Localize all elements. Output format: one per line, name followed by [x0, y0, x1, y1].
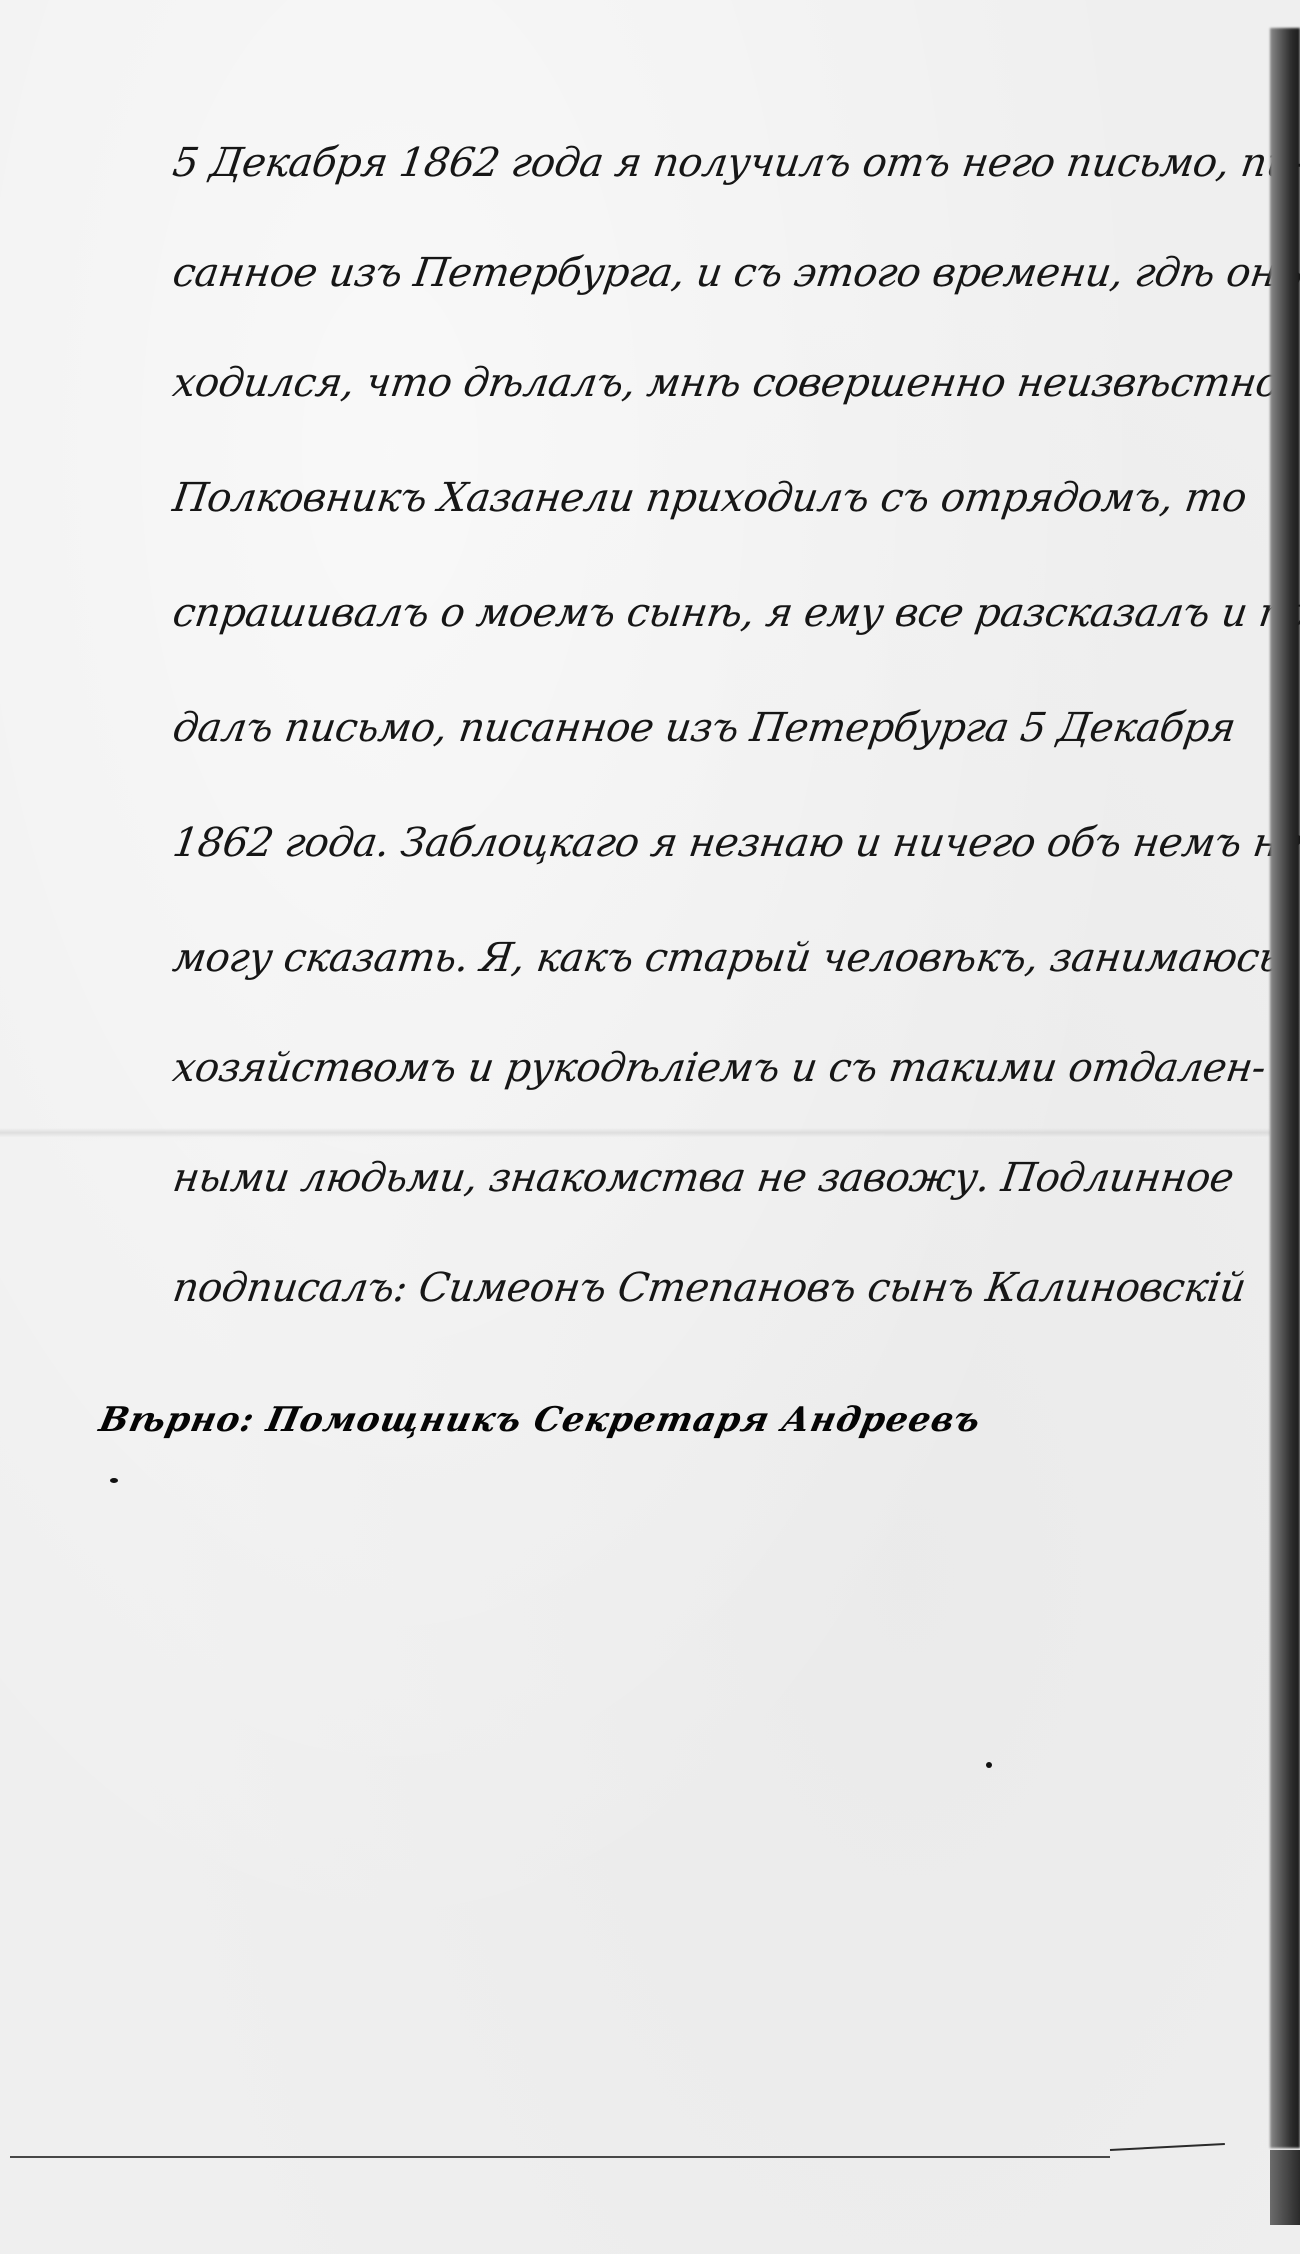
scan-edge-shadow-lower [1270, 2150, 1300, 2225]
bottom-rule-line [10, 2156, 1110, 2158]
paper-fold-crease [0, 1128, 1270, 1142]
text-line: могу сказать. Я, какъ старый человѣкъ, з… [170, 935, 1283, 981]
text-line: Полковникъ Хазанели приходилъ съ отрядом… [170, 475, 1249, 521]
ink-speck [986, 1762, 992, 1768]
text-line: ходился, что дѣлалъ, мнѣ совершенно неиз… [170, 360, 1300, 406]
text-line: санное изъ Петербурга, и съ этого времен… [170, 250, 1300, 296]
text-line: 5 Декабря 1862 года я получилъ отъ него … [170, 140, 1300, 186]
text-line: хозяйствомъ и рукодѣліемъ и съ такими от… [170, 1045, 1268, 1091]
signature-line: подписалъ: Симеонъ Степановъ сынъ Калино… [170, 1265, 1248, 1311]
text-line: спрашивалъ о моемъ сынѣ, я ему все разск… [170, 590, 1300, 636]
ink-speck [110, 1478, 118, 1483]
attestation-signature: Вѣрно: Помощникъ Секретаря Андреевъ [96, 1400, 985, 1440]
text-line: ными людьми, знакомства не завожу. Подли… [170, 1155, 1236, 1201]
scanned-page: 5 Декабря 1862 года я получилъ отъ него … [0, 0, 1300, 2254]
text-line: далъ письмо, писанное изъ Петербурга 5 Д… [170, 705, 1238, 751]
text-line: 1862 года. Заблоцкаго я незнаю и ничего … [170, 820, 1300, 866]
bottom-rule-line-tail [1110, 2143, 1225, 2151]
scan-edge-shadow [1270, 28, 1300, 2148]
